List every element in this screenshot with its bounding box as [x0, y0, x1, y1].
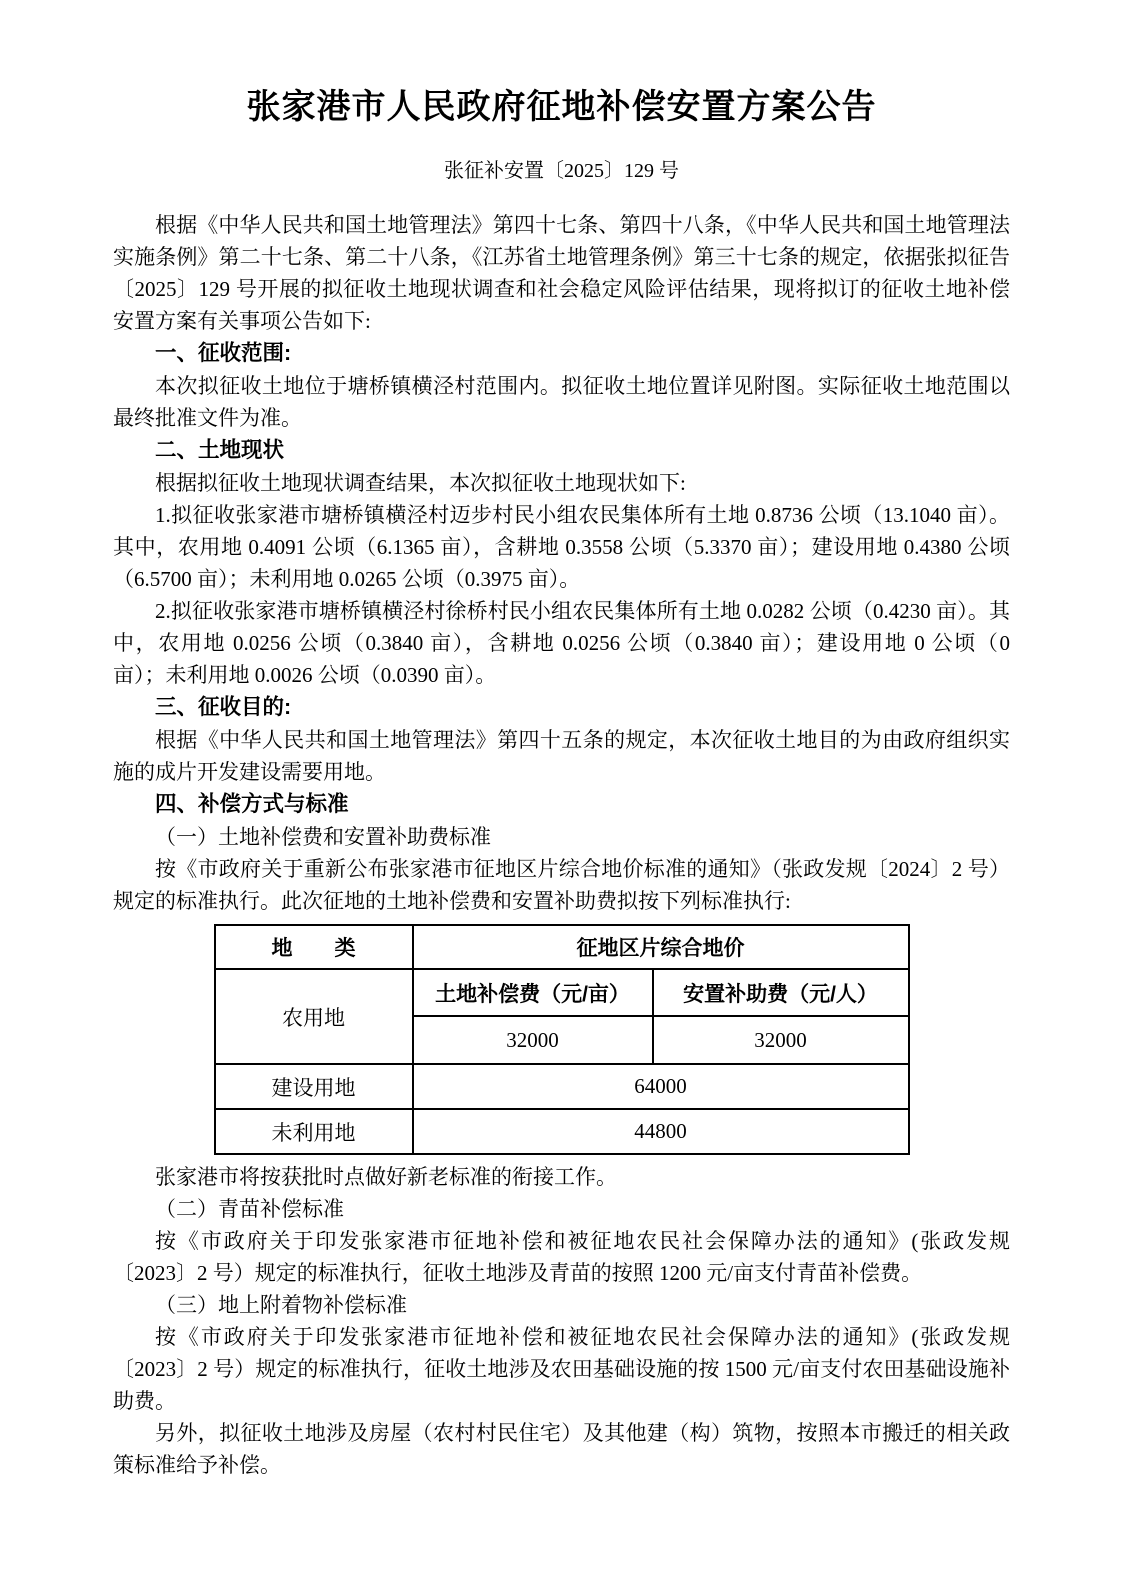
document-number: 张征补安置〔2025〕129 号	[113, 157, 1010, 185]
section2-paragraph: 根据拟征收土地现状调查结果，本次拟征收土地现状如下:	[113, 467, 1010, 499]
table-row: 地 类 征地区片综合地价	[215, 925, 909, 969]
table-cell-construction-label: 建设用地	[215, 1064, 413, 1109]
section2-item2: 2.拟征收张家港市塘桥镇横泾村徐桥村民小组农民集体所有土地 0.0282 公顷（…	[113, 595, 1010, 691]
section4-heading: 四、补偿方式与标准	[113, 788, 1010, 821]
document-page: 张家港市人民政府征地补偿安置方案公告 张征补安置〔2025〕129 号 根据《中…	[0, 0, 1122, 1587]
section4-sub2-paragraph: 按《市政府关于印发张家港市征地补偿和被征地农民社会保障办法的通知》(张政发规〔2…	[113, 1225, 1010, 1289]
table-header-comprehensive-price: 征地区片综合地价	[413, 925, 909, 969]
table-header-land-type: 地 类	[215, 925, 413, 969]
section4-sub2-heading: （二）青苗补偿标准	[113, 1193, 1010, 1225]
table-row: 建设用地 64000	[215, 1064, 909, 1109]
section2-item1: 1.拟征收张家港市塘桥镇横泾村迈步村民小组农民集体所有土地 0.8736 公顷（…	[113, 499, 1010, 595]
section3-heading: 三、征收目的:	[113, 691, 1010, 724]
section4-sub1-heading: （一）土地补偿费和安置补助费标准	[113, 821, 1010, 853]
section4-sub3-paragraph2: 另外，拟征收土地涉及房屋（农村村民住宅）及其他建（构）筑物，按照本市搬迁的相关政…	[113, 1417, 1010, 1481]
table-cell-unused-value: 44800	[413, 1109, 909, 1154]
page-title: 张家港市人民政府征地补偿安置方案公告	[113, 86, 1010, 130]
table-note: 张家港市将按获批时点做好新老标准的衔接工作。	[113, 1161, 1010, 1193]
section1-paragraph: 本次拟征收土地位于塘桥镇横泾村范围内。拟征收土地位置详见附图。实际征收土地范围以…	[113, 370, 1010, 434]
table-row: 未利用地 44800	[215, 1109, 909, 1154]
table-cell-unused-label: 未利用地	[215, 1109, 413, 1154]
section4-sub3-paragraph: 按《市政府关于印发张家港市征地补偿和被征地农民社会保障办法的通知》(张政发规〔2…	[113, 1321, 1010, 1417]
section2-heading: 二、土地现状	[113, 434, 1010, 467]
section3-paragraph: 根据《中华人民共和国土地管理法》第四十五条的规定，本次征收土地目的为由政府组织实…	[113, 724, 1010, 788]
section1-heading: 一、征收范围:	[113, 337, 1010, 370]
section4-sub1-paragraph: 按《市政府关于重新公布张家港市征地区片综合地价标准的通知》（张政发规〔2024〕…	[113, 853, 1010, 917]
table-cell-farmland-resettlement-subsidy: 32000	[653, 1016, 909, 1064]
table-row: 农用地 土地补偿费（元/亩） 安置补助费（元/人）	[215, 969, 909, 1016]
table-header-resettlement-subsidy: 安置补助费（元/人）	[653, 969, 909, 1016]
table-header-land-compensation: 土地补偿费（元/亩）	[413, 969, 653, 1016]
table-cell-farmland-label: 农用地	[215, 969, 413, 1064]
table-cell-construction-value: 64000	[413, 1064, 909, 1109]
table-cell-farmland-land-compensation: 32000	[413, 1016, 653, 1064]
section4-sub3-heading: （三）地上附着物补偿标准	[113, 1289, 1010, 1321]
intro-paragraph: 根据《中华人民共和国土地管理法》第四十七条、第四十八条，《中华人民共和国土地管理…	[113, 209, 1010, 337]
compensation-standard-table: 地 类 征地区片综合地价 农用地 土地补偿费（元/亩） 安置补助费（元/人） 3…	[214, 924, 910, 1155]
